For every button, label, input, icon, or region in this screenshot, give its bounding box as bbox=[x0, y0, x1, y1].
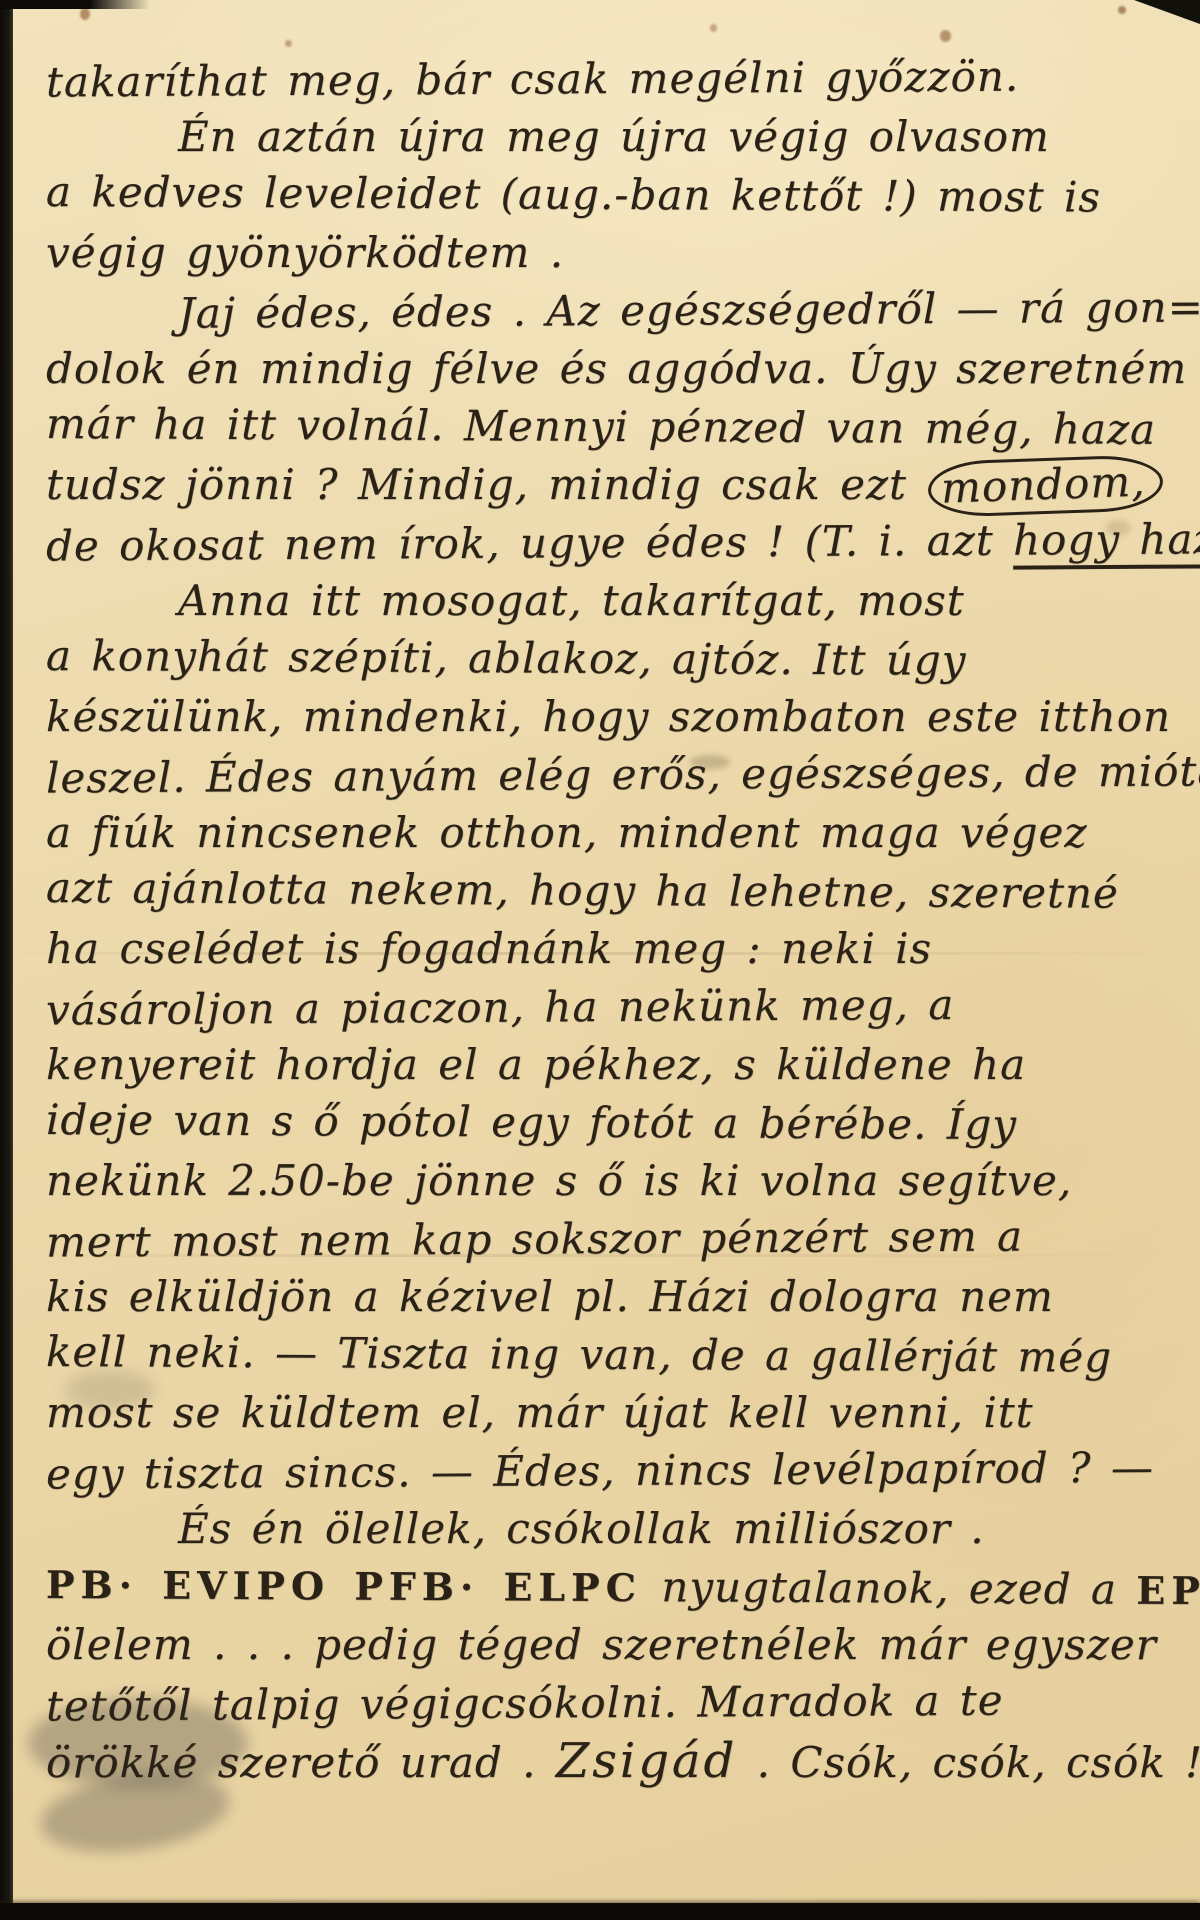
letter-line: PB· EVIPO PFB· ELPC nyugtalanok, ezed a … bbox=[46, 1555, 1192, 1619]
foxing-spot bbox=[80, 8, 90, 20]
handwriting-text: örökké szerető urad . bbox=[46, 1738, 556, 1787]
handwriting-text: kenyereit hordja el a pékhez, s küldene … bbox=[46, 1040, 1026, 1089]
foxing-spot bbox=[285, 40, 292, 47]
cipher-text: PB· EVIPO PFB· ELPC bbox=[46, 1562, 642, 1610]
handwriting-text: a fiúk nincsenek otthon, mindent maga vé… bbox=[46, 808, 1087, 857]
letter-line: készülünk, mindenki, hogy szombaton este… bbox=[46, 688, 1192, 746]
letter-line: Én aztán újra meg újra végig olvasom bbox=[46, 108, 1192, 166]
letter-line: de okosat nem írok, ugye édes ! (T. i. a… bbox=[46, 511, 1192, 576]
letter-scan: takaríthat meg, bár csak megélni győzzön… bbox=[0, 0, 1200, 1920]
handwriting-text: nyugtalanok, ezed a bbox=[642, 1562, 1137, 1614]
handwriting-text: ideje van s ő pótol egy fotót a bérébe. … bbox=[46, 1095, 1017, 1149]
handwriting-text: de okosat nem írok, ugye édes ! (T. i. a… bbox=[46, 516, 1013, 571]
handwriting-text: takaríthat meg, bár csak megélni győzzön… bbox=[46, 52, 1019, 107]
letter-line: örökké szerető urad . Zsigád . Csók, csó… bbox=[46, 1732, 1192, 1790]
foxing-spot bbox=[1118, 6, 1126, 14]
handwriting-text: kis elküldjön a kézivel pl. Házi dologra… bbox=[46, 1272, 1054, 1321]
letter-line: nekünk 2.50-be jönne s ő is ki volna seg… bbox=[46, 1152, 1192, 1210]
handwriting-text: a konyhát szépíti, ablakoz, ajtóz. Itt ú… bbox=[46, 631, 967, 685]
scan-edge-bottom bbox=[0, 1903, 1200, 1920]
letter-line: már ha itt volnál. Mennyi pénzed van még… bbox=[46, 395, 1192, 459]
letter-line: egy tiszta sincs. — Édes, nincs levélpap… bbox=[46, 1439, 1192, 1504]
handwriting-text: a kedves leveleidet (aug.-ban kettőt !) … bbox=[46, 167, 1101, 222]
scan-edge-top-left bbox=[0, 0, 150, 9]
handwriting-text: ölelem . . . pedig téged szeretnélek már… bbox=[46, 1620, 1157, 1669]
handwriting-text: készülünk, mindenki, hogy szombaton este… bbox=[46, 692, 1171, 741]
handwriting-text: mert most nem kap sokszor pénzért sem a bbox=[46, 1212, 1023, 1267]
letter-line: ölelem . . . pedig téged szeretnélek már… bbox=[46, 1616, 1192, 1674]
letter-paper: takaríthat meg, bár csak megélni győzzön… bbox=[10, 0, 1200, 1904]
letter-line: most se küldtem el, már újat kell venni,… bbox=[46, 1384, 1192, 1442]
letter-line: ideje van s ő pótol egy fotót a bérébe. … bbox=[46, 1091, 1192, 1155]
letter-line: a kedves leveleidet (aug.-ban kettőt !) … bbox=[46, 163, 1192, 227]
circled-word: mondom, bbox=[927, 454, 1163, 518]
foxing-spot bbox=[710, 24, 717, 32]
handwriting-text: leszel. Édes anyám elég erős, egészséges… bbox=[46, 746, 1200, 802]
letter-line: Jaj édes, édes . Az egészségedről — rá g… bbox=[46, 279, 1192, 344]
letter-line: tetőtől talpig végigcsókolni. Maradok a … bbox=[46, 1671, 1192, 1736]
letter-line: vásároljon a piaczon, ha nekünk meg, a bbox=[46, 975, 1192, 1040]
handwriting-text: tudsz jönni ? Mindig, mindig csak ezt bbox=[46, 460, 926, 509]
letter-line: kell neki. — Tiszta ing van, de a gallér… bbox=[46, 1323, 1192, 1387]
handwriting-text: . Csók, csók, csók ! bbox=[737, 1738, 1200, 1787]
letter-line: azt ajánlotta nekem, hogy ha lehetne, sz… bbox=[46, 859, 1192, 923]
handwriting-text: kell neki. — Tiszta ing van, de a gallér… bbox=[46, 1327, 1112, 1382]
letter-line: mert most nem kap sokszor pénzért sem a bbox=[46, 1207, 1192, 1272]
handwriting-text: Én aztán újra meg újra végig olvasom bbox=[178, 112, 1050, 161]
letter-line: ha cselédet is fogadnánk meg : neki is bbox=[46, 920, 1192, 978]
underlined-phrase: hogy haza bbox=[1013, 514, 1200, 569]
foxing-spot bbox=[940, 30, 951, 42]
letter-line: kis elküldjön a kézivel pl. Házi dologra… bbox=[46, 1268, 1192, 1326]
handwriting-text: dolok én mindig félve és aggódva. Úgy sz… bbox=[46, 344, 1187, 393]
letter-line: dolok én mindig félve és aggódva. Úgy sz… bbox=[46, 340, 1192, 398]
cipher-text: EPHCPV bbox=[1136, 1568, 1200, 1614]
letter-body: takaríthat meg, bár csak megélni győzzön… bbox=[46, 50, 1192, 1790]
handwriting-text: egy tiszta sincs. — Édes, nincs levélpap… bbox=[46, 1443, 1154, 1499]
handwriting-text: ha cselédet is fogadnánk meg : neki is bbox=[46, 924, 932, 973]
handwriting-text: azt ajánlotta nekem, hogy ha lehetne, sz… bbox=[46, 863, 1119, 918]
handwriting-text: nekünk 2.50-be jönne s ő is ki volna seg… bbox=[46, 1156, 1072, 1205]
letter-line: a fiúk nincsenek otthon, mindent maga vé… bbox=[46, 804, 1192, 862]
letter-line: a konyhát szépíti, ablakoz, ajtóz. Itt ú… bbox=[46, 627, 1192, 691]
letter-line: végig gyönyörködtem . bbox=[46, 224, 1192, 282]
handwriting-text: Jaj édes, édes . Az egészségedről — rá g… bbox=[178, 282, 1200, 337]
handwriting-text: most se küldtem el, már újat kell venni,… bbox=[46, 1388, 1034, 1437]
letter-line: kenyereit hordja el a pékhez, s küldene … bbox=[46, 1036, 1192, 1094]
letter-line: tudsz jönni ? Mindig, mindig csak ezt mo… bbox=[46, 456, 1192, 514]
letter-line: Anna itt mosogat, takarítgat, most bbox=[46, 572, 1192, 630]
handwriting-text: már ha itt volnál. Mennyi pénzed van még… bbox=[46, 399, 1156, 454]
handwriting-text: tetőtől talpig végigcsókolni. Maradok a … bbox=[46, 1676, 1004, 1731]
signature-name: Zsigád bbox=[556, 1733, 737, 1789]
letter-line: takaríthat meg, bár csak megélni győzzön… bbox=[46, 47, 1192, 112]
handwriting-text: És én ölellek, csókollak milliószor . bbox=[178, 1504, 985, 1553]
handwriting-text: végig gyönyörködtem . bbox=[46, 228, 564, 277]
handwriting-text: Anna itt mosogat, takarítgat, most bbox=[178, 576, 965, 625]
letter-line: leszel. Édes anyám elég erős, egészséges… bbox=[46, 743, 1192, 808]
scan-edge-left bbox=[0, 0, 13, 1920]
handwriting-text: vásároljon a piaczon, ha nekünk meg, a bbox=[46, 980, 955, 1035]
letter-line: És én ölellek, csókollak milliószor . bbox=[46, 1500, 1192, 1558]
